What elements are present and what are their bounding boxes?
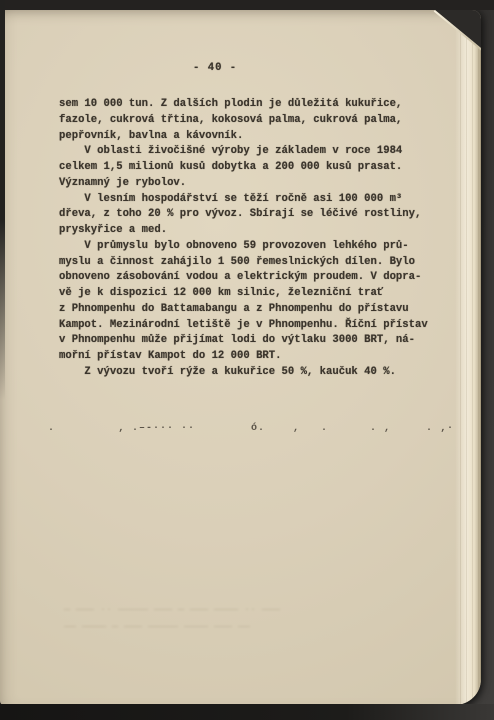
typewritten-line: mořní přístav Kampot do 12 000 BRT. [59,349,428,365]
scan-background-left [0,0,5,400]
typewritten-line: dřeva, z toho 20 % pro vývoz. Sbírají se… [59,207,428,223]
typewritten-line: pepřovník, bavlna a kávovník. [59,129,428,145]
show-through-line: — ——— ·· ————— ——— — ——— ———— ·· ——— [64,602,434,619]
typewritten-line: pryskyřice a med. [59,223,428,239]
page-number: - 40 - [193,62,237,74]
page-edge-stack [455,16,481,705]
ink-smudge-marks: . ‚ .–-··· ·· ó. , . . , . ‚· G [48,423,388,434]
typewritten-line: vě je k dispozici 12 000 km silnic, žele… [59,286,428,302]
typewritten-line: obnoveno zásobování vodou a elektrickým … [59,270,428,286]
show-through-text: — ——— ·· ————— ——— — ——— ———— ·· ——— —— … [64,602,434,636]
typewritten-line: sem 10 000 tun. Z dalších plodin je důle… [59,97,428,113]
typewritten-line: fazole, cukrová třtina, kokosová palma, … [59,113,428,129]
typewritten-line: myslu a činnost zahájilo 1 500 řemeslnic… [59,255,428,271]
typewritten-line: z Phnompenhu do Battamabangu a z Phnompe… [59,302,428,318]
show-through-line: —— ———— — ——— ————— ———— ——— —— [64,619,434,636]
typewritten-line: Kampot. Mezinárodní letiště je v Phnompe… [59,318,428,334]
typewritten-line: Významný je rybolov. [59,176,428,192]
scan-background-top [0,0,494,10]
book-page: - 40 - sem 10 000 tun. Z dalších plodin … [0,10,481,705]
scan-background-bottom [0,704,494,720]
typewritten-text-block: sem 10 000 tun. Z dalších plodin je důle… [59,97,428,381]
typewritten-line: V průmyslu bylo obnoveno 59 provozoven l… [59,239,428,255]
scanned-page-photo: - 40 - sem 10 000 tun. Z dalších plodin … [0,0,494,720]
typewritten-line: V oblasti živočišné výroby je základem v… [59,144,428,160]
typewritten-line: v Phnompenhu může přijímat lodi do výtla… [59,333,428,349]
typewritten-line: celkem 1,5 milionů kusů dobytka a 200 00… [59,160,428,176]
typewritten-line: Z vývozu tvoří rýže a kukuřice 50 %, kau… [59,365,428,381]
typewritten-line: V lesním hospodářství se těží ročně asi … [59,192,428,208]
